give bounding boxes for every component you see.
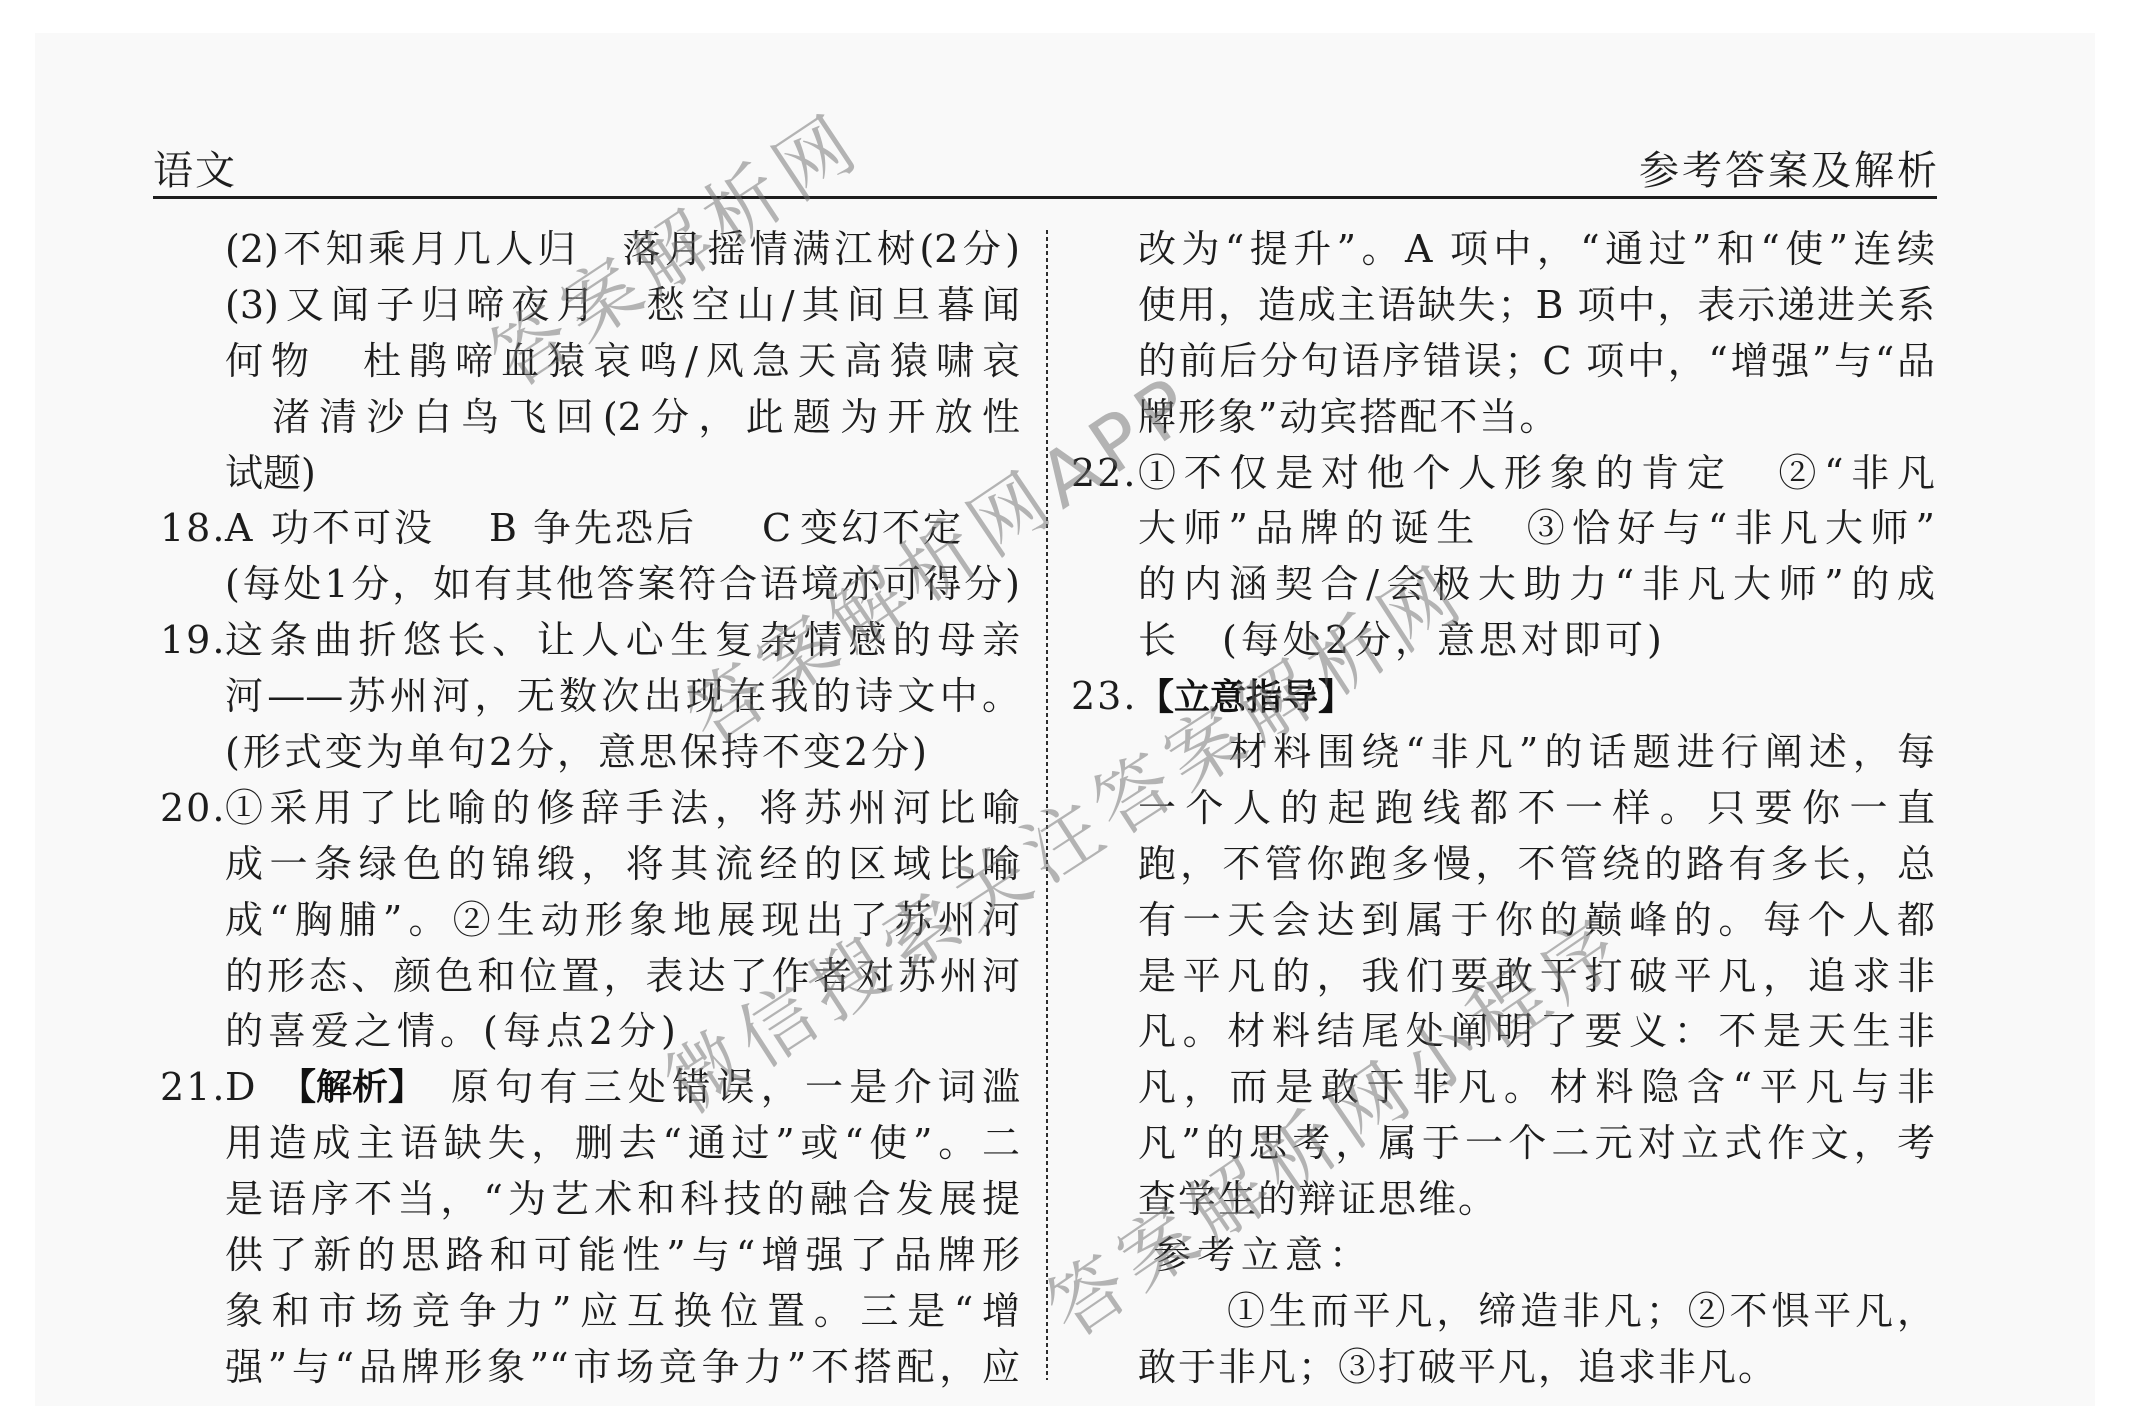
q18-note: (每处1分，如有其他答案符合语境亦可得分) [225,557,1020,613]
q23-paragraph-line: 跑，不管你跑多慢，不管绕的路有多长，总 [1138,837,1935,893]
q18-option-c: C变幻不定 [762,501,964,557]
q20-line: 20.①采用了比喻的修辞手法，将苏州河比喻 [225,781,1020,837]
left-column: (2)不知乘月几人归 落月摇情满江树(2分) (3)又闻子归啼夜月 愁空山/其间… [225,222,1020,1396]
q23-paragraph-line: 查学生的辩证思维。 [1138,1172,1935,1228]
right-column: 改为“提升”。A 项中，“通过”和“使”连续 使用，造成主语缺失；B 项中，表示… [1138,222,1935,1396]
question-number: 20. [160,781,222,837]
guidance-label: 【立意指导】 [1138,670,1354,726]
q20-line: 成“胸脯”。②生动形象地展现出了苏州河 [225,893,1020,949]
q21-answer-letter: D [225,1060,280,1116]
q17-item3-line: 试题) [225,446,1020,502]
reference-line: 敢于非凡；③打破平凡，追求非凡。 [1138,1340,1935,1396]
q21-line: 用造成主语缺失，删去“通过”或“使”。二 [225,1116,1020,1172]
q21-continued-line: 牌形象”动宾搭配不当。 [1138,390,1935,446]
q21-first-line: 21.D【解析】原句有三处错误，一是介词滥 [225,1060,1020,1116]
q18-answers-line: 18.A功不可没B争先恐后C变幻不定 [225,501,1020,557]
reference-line: ①生而平凡，缔造非凡；②不惧平凡， [1138,1284,1935,1340]
q23-paragraph-line: 是平凡的，我们要敢于打破平凡，追求非 [1138,949,1935,1005]
reference-label: 参考立意： [1138,1228,1935,1284]
q22-line: 大师”品牌的诞生 ③恰好与“非凡大师” [1138,501,1935,557]
q19-line: 19.这条曲折悠长、让人心生复杂情感的母亲 [225,613,1020,669]
q23-paragraph-line: 有一天会达到属于你的巅峰的。每个人都 [1138,893,1935,949]
option-answer: 功不可没 [271,506,435,550]
q21-line: 是语序不当，“为艺术和科技的融合发展提 [225,1172,1020,1228]
q21-line: 象和市场竞争力”应互换位置。三是“增 [225,1284,1020,1340]
analysis-text: 原句有三处错误，一是介词滥 [451,1060,1020,1116]
analysis-label: 【解析】 [280,1060,451,1116]
q23-paragraph-line: 一个人的起跑线都不一样。只要你一直 [1138,781,1935,837]
q21-line: 强”与“品牌形象”“市场竞争力”不搭配，应 [225,1340,1020,1396]
question-number: 19. [160,613,222,669]
answer-text: 这条曲折悠长、让人心生复杂情感的母亲 [225,618,1020,662]
q19-note: (形式变为单句2分，意思保持不变2分) [225,725,1020,781]
question-number: 22. [1071,446,1133,502]
q19-line: 河——苏州河，无数次出现在我的诗文中。 [225,669,1020,725]
q21-continued-line: 改为“提升”。A 项中，“通过”和“使”连续 [1138,222,1935,278]
column-divider [1046,230,1048,1380]
option-letter: A [225,501,271,557]
q23-paragraph-line: 凡”的思考，属于一个二元对立式作文，考 [1138,1116,1935,1172]
q21-line: 供了新的思路和可能性”与“增强了品牌形 [225,1228,1020,1284]
q22-line: 长 (每处2分，意思对即可) [1138,613,1935,669]
q18-option-a: A功不可没 [225,501,435,557]
question-number: 21. [160,1060,222,1116]
q22-line: 的内涵契合/会极大助力“非凡大师”的成 [1138,557,1935,613]
q17-item3-line: 何物 杜鹃啼血猿哀鸣/风急天高猿啸哀 [225,334,1020,390]
q17-item2-line: (2)不知乘月几人归 落月摇情满江树(2分) [225,222,1020,278]
q22-line: 22.①不仅是对他个人形象的肯定 ②“非凡 [1138,446,1935,502]
answer-text: ①不仅是对他个人形象的肯定 ②“非凡 [1138,451,1935,495]
option-answer: 变幻不定 [800,506,964,550]
question-number: 18. [160,501,222,557]
question-number: 23. [1071,669,1133,725]
q23-paragraph-line: 凡，而是敢于非凡。材料隐含“平凡与非 [1138,1060,1935,1116]
q17-item3-line: (3)又闻子归啼夜月 愁空山/其间旦暮闻 [225,278,1020,334]
q20-line: 的喜爱之情。(每点2分) [225,1004,1020,1060]
header-rule [153,196,1937,199]
answer-text: ①采用了比喻的修辞手法，将苏州河比喻 [225,786,1020,830]
option-letter: C [762,501,800,557]
q17-item3-line: 渚清沙白鸟飞回(2分，此题为开放性 [225,390,1020,446]
q21-continued-line: 使用，造成主语缺失；B 项中，表示递进关系 [1138,278,1935,334]
q23-heading-line: 23.【立意指导】 [1138,669,1935,725]
q20-line: 成一条绿色的锦缎，将其流经的区域比喻 [225,837,1020,893]
q21-continued-line: 的前后分句语序错误；C 项中，“增强”与“品 [1138,334,1935,390]
q18-option-b: B争先恐后 [489,501,697,557]
q20-line: 的形态、颜色和位置，表达了作者对苏州河 [225,949,1020,1005]
option-letter: B [489,501,533,557]
q23-paragraph-line: 材料围绕“非凡”的话题进行阐述，每 [1138,725,1935,781]
section-title: 参考答案及解析 [1639,146,1940,196]
q23-paragraph-line: 凡。材料结尾处阐明了要义：不是天生非 [1138,1004,1935,1060]
subject-title: 语文 [153,146,237,196]
option-answer: 争先恐后 [533,506,697,550]
